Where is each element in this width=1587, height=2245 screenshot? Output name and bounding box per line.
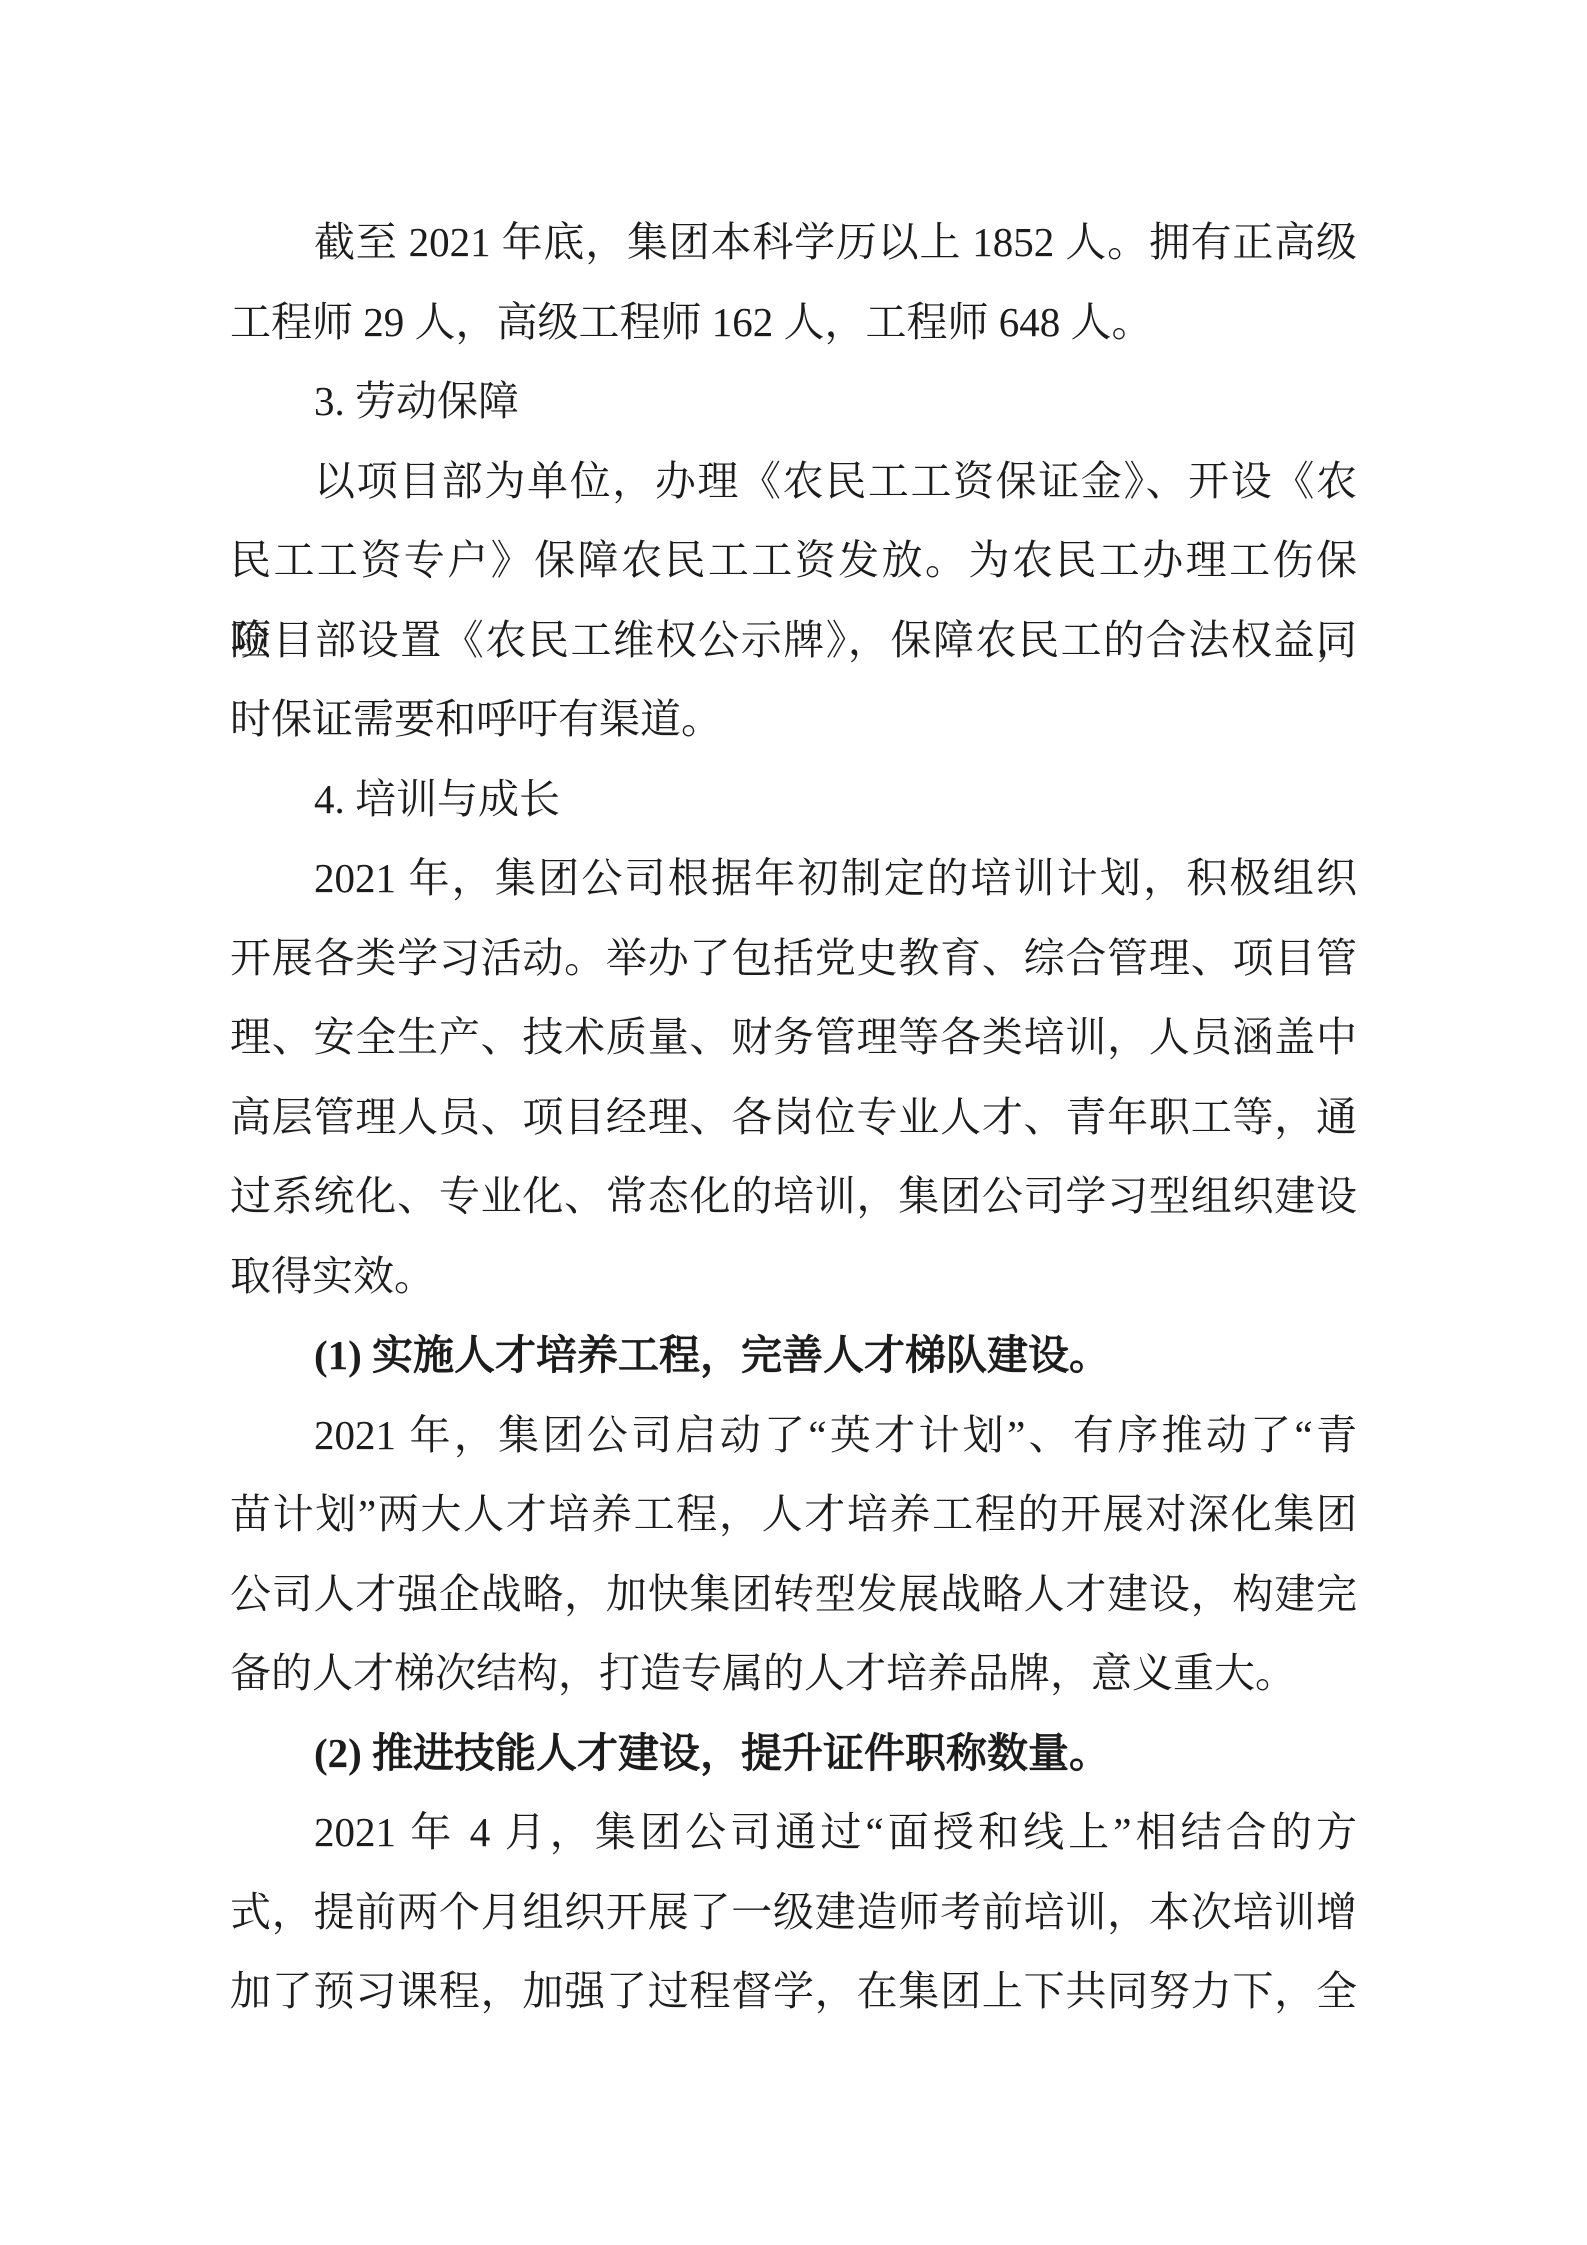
text-line: 备的人才梯次结构，打造专属的人才培养品牌，意义重大。 xyxy=(230,1634,1357,1714)
text-line: 2021 年 4 月，集团公司通过“面授和线上”相结合的方 xyxy=(230,1793,1357,1873)
text-line: 公司人才强企战略，加快集团转型发展战略人才建设，构建完 xyxy=(230,1555,1357,1635)
text-line: 苗计划”两大人才培养工程，人才培养工程的开展对深化集团 xyxy=(230,1475,1357,1555)
text-line: 2021 年，集团公司根据年初制定的培训计划，积极组织 xyxy=(230,839,1357,919)
text-line: 高层管理人员、项目经理、各岗位专业人才、青年职工等，通 xyxy=(230,1078,1357,1158)
text-line: 3. 劳动保障 xyxy=(230,362,1357,442)
text-line: 工程师 29 人，高级工程师 162 人，工程师 648 人。 xyxy=(230,283,1357,363)
text-line: 民工工资专户》保障农民工工资发放。为农民工办理工伤保险， xyxy=(230,521,1357,601)
text-line: 2021 年，集团公司启动了“英才计划”、有序推动了“青 xyxy=(230,1396,1357,1476)
text-line: 加了预习课程，加强了过程督学，在集团上下共同努力下，全 xyxy=(230,1952,1357,2032)
document-page: 截至 2021 年底，集团本科学历以上 1852 人。拥有正高级工程师 29 人… xyxy=(0,0,1587,2245)
text-line: 取得实效。 xyxy=(230,1237,1357,1317)
text-line: 项目部设置《农民工维权公示牌》，保障农民工的合法权益同 xyxy=(230,601,1357,681)
text-line: 式，提前两个月组织开展了一级建造师考前培训，本次培训增 xyxy=(230,1873,1357,1953)
text-line: 以项目部为单位，办理《农民工工资保证金》、开设《农 xyxy=(230,442,1357,522)
text-line: 4. 培训与成长 xyxy=(230,760,1357,840)
text-line: 理、安全生产、技术质量、财务管理等各类培训，人员涵盖中 xyxy=(230,998,1357,1078)
text-line: 开展各类学习活动。举办了包括党史教育、综合管理、项目管 xyxy=(230,919,1357,999)
text-line: (2) 推进技能人才建设，提升证件职称数量。 xyxy=(230,1714,1357,1794)
text-line: (1) 实施人才培养工程，完善人才梯队建设。 xyxy=(230,1316,1357,1396)
text-line: 过系统化、专业化、常态化的培训，集团公司学习型组织建设 xyxy=(230,1157,1357,1237)
text-line: 截至 2021 年底，集团本科学历以上 1852 人。拥有正高级 xyxy=(230,203,1357,283)
text-line: 时保证需要和呼吁有渠道。 xyxy=(230,680,1357,760)
text-body: 截至 2021 年底，集团本科学历以上 1852 人。拥有正高级工程师 29 人… xyxy=(230,203,1357,2032)
